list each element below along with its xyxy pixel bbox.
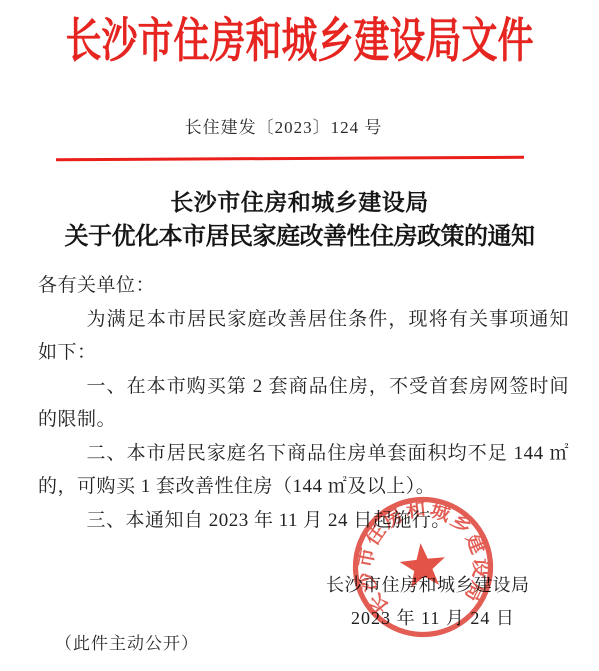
paragraph-intro: 为满足本市居民家庭改善居住条件，现将有关事项通知如下： [38,303,569,370]
red-divider-line [56,156,524,161]
paragraph-item-1: 一、在本市购买第 2 套商品住房，不受首套房网签时间的限制。 [38,370,569,437]
document-page: 长沙市住房和城乡建设局文件 长住建发〔2023〕124 号 长沙市住房和城乡建设… [0,0,599,671]
document-number: 长住建发〔2023〕124 号 [0,113,583,138]
signature-organization: 长沙市住房和城乡建设局 [326,571,530,597]
paragraph-item-3: 三、本通知自 2023 年 11 月 24 日起施行。 [38,504,569,538]
document-masthead: 长沙市住房和城乡建设局文件 [0,0,599,82]
paragraph-item-2: 二、本市居民家庭名下商品住房单套面积均不足 144 ㎡的，可购买 1 套改善性住… [38,437,569,504]
document-title-line-1: 长沙市住房和城乡建设局 [0,184,599,217]
signature-date: 2023 年 11 月 24 日 [351,604,515,630]
document-body: 各有关单位： 为满足本市居民家庭改善居住条件，现将有关事项通知如下： 一、在本市… [38,269,569,537]
footer-note: （此件主动公开） [55,629,199,654]
salutation: 各有关单位： [38,269,569,303]
document-title-line-2: 关于优化本市居民家庭改善性住房政策的通知 [0,216,599,251]
